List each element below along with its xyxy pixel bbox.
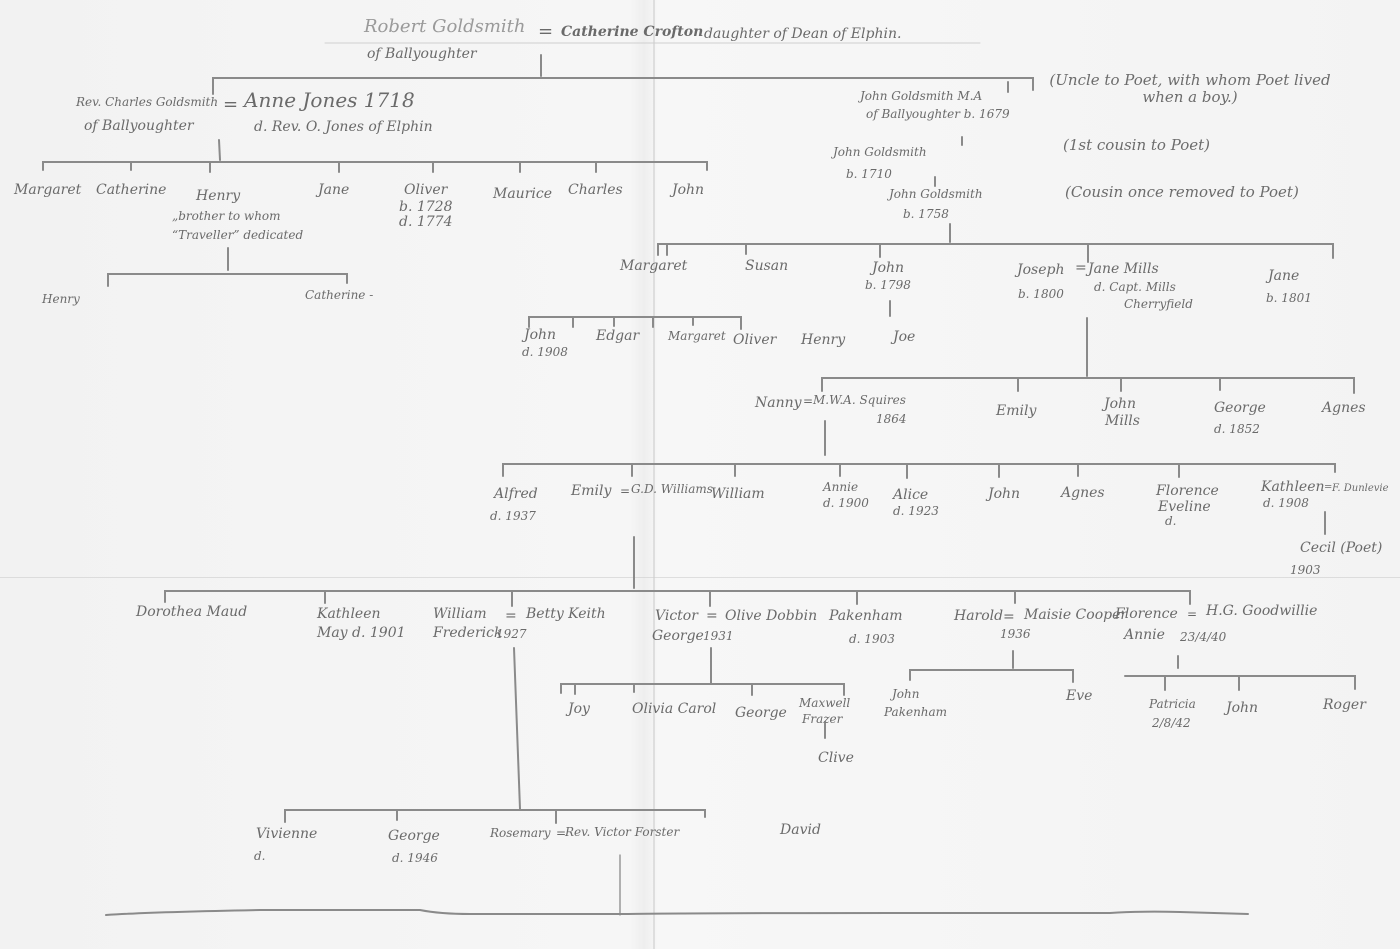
person-william-frederick: William <box>433 606 487 622</box>
person-dates: d. 1937 <box>490 510 536 524</box>
person-clive: Clive <box>818 750 854 766</box>
person-note: d. Rev. O. Jones of Elphin <box>254 119 433 135</box>
person-david: David <box>780 822 821 838</box>
person-dates: d. 1852 <box>1214 423 1260 437</box>
person-maisie-cooper: Maisie Cooper <box>1024 607 1127 623</box>
marriage-sign: = <box>1187 608 1197 622</box>
marriage-sign: = <box>538 22 553 43</box>
person-florence-annie: Florence <box>1115 606 1178 622</box>
person-dates: b. 1728 <box>399 199 453 215</box>
person-catherine: Catherine - <box>305 289 373 303</box>
person-catherine-crofton: Catherine Crofton <box>561 24 703 40</box>
person-john: John <box>872 260 904 276</box>
person-rev-victor-forster: Rev. Victor Forster <box>565 826 679 840</box>
person-note: Annie <box>1124 627 1165 643</box>
person-harold: Harold <box>954 608 1003 624</box>
person-edgar: Edgar <box>596 328 639 344</box>
person-susan: Susan <box>745 258 788 274</box>
person-nanny: Nanny <box>755 395 802 411</box>
person-maurice: Maurice <box>493 186 552 202</box>
person-dates: d. 1774 <box>399 214 453 230</box>
person-note: Pakenham <box>884 706 947 720</box>
person-note: George <box>652 628 704 644</box>
person-dates: 2/8/42 <box>1152 717 1191 731</box>
person-note: Frazer <box>802 713 842 727</box>
person-kathleen: Kathleen <box>317 606 381 622</box>
marriage-sign: = <box>1075 260 1087 276</box>
person-dates: b. 1800 <box>1018 288 1064 302</box>
person-dates: d. 1908 <box>1263 497 1309 511</box>
person-alice: Alice <box>893 487 928 503</box>
person-betty-keith: Betty Keith <box>526 606 606 622</box>
person-gd-williams: G.D. Williams <box>631 483 713 497</box>
person-john: John <box>1226 700 1258 716</box>
person-dates: d. 1903 <box>849 633 895 647</box>
person-jane-mills: Jane Mills <box>1088 261 1159 277</box>
person-emily: Emily <box>996 403 1036 419</box>
person-victor-george: Victor <box>655 608 698 624</box>
person-alfred: Alfred <box>494 486 538 502</box>
marriage-sign: = <box>620 485 630 499</box>
person-george: George <box>388 828 440 844</box>
marriage-sign: = <box>706 608 718 624</box>
person-eve: Eve <box>1066 688 1092 704</box>
person-mwa-squires: M.W.A. Squires <box>813 394 906 408</box>
marriage-sign: = <box>223 95 238 116</box>
person-jane: Jane <box>1268 268 1299 284</box>
person-dates: May d. 1901 <box>317 625 406 641</box>
person-henry: Henry <box>801 332 845 348</box>
person-dates: 1864 <box>876 413 907 427</box>
person-florence-eveline: Florence <box>1156 483 1219 499</box>
person-dorothea-maud: Dorothea Maud <box>136 604 247 620</box>
person-anne-jones: Anne Jones 1718 <box>244 89 415 112</box>
person-annie: Annie <box>823 481 858 495</box>
person-kathleen: Kathleen <box>1261 479 1325 495</box>
person-john-mills: John <box>1104 396 1136 412</box>
person-dates: 1903 <box>1290 564 1321 578</box>
person-george: George <box>1214 400 1266 416</box>
annotation-uncle-to-poet: (Uncle to Poet, with whom Poet lived whe… <box>1040 72 1340 107</box>
person-john-goldsmith-ma: John Goldsmith M.A <box>860 90 982 104</box>
person-note: Frederick <box>433 625 502 641</box>
person-dates: 1927 <box>496 628 527 642</box>
annotation-first-cousin: (1st cousin to Poet) <box>1063 137 1210 154</box>
person-place: of Ballyoughter <box>367 46 477 62</box>
person-dates: d. 1923 <box>893 505 939 519</box>
person-dates: d. <box>1165 515 1177 529</box>
person-joe: Joe <box>893 329 915 345</box>
person-henry: Henry <box>42 293 80 307</box>
person-agnes: Agnes <box>1322 400 1366 416</box>
person-hg-goodwillie: H.G. Goodwillie <box>1206 603 1317 619</box>
person-f-dunlevie: F. Dunlevie <box>1332 483 1389 495</box>
marriage-sign: = <box>803 395 813 409</box>
person-john: John <box>672 182 704 198</box>
person-note: daughter of Dean of Elphin. <box>704 26 901 42</box>
person-margaret: Margaret <box>14 182 81 198</box>
person-robert-goldsmith: Robert Goldsmith <box>364 17 526 38</box>
person-dates: d. 1900 <box>823 497 869 511</box>
person-catherine: Catherine <box>96 182 166 198</box>
person-patricia: Patricia <box>1149 698 1196 712</box>
marriage-sign: = <box>505 608 517 624</box>
person-olive-dobbin: Olive Dobbin <box>725 608 817 624</box>
person-dates: 1936 <box>1000 628 1031 642</box>
person-john: John <box>524 327 556 343</box>
person-note: Cherryfield <box>1124 298 1193 312</box>
annotation-cousin-once-removed: (Cousin once removed to Poet) <box>1065 184 1299 201</box>
person-john-goldsmith-1710: John Goldsmith <box>833 146 927 160</box>
person-rosemary: Rosemary <box>490 827 551 841</box>
person-emily: Emily <box>571 483 611 499</box>
person-joy: Joy <box>568 701 590 717</box>
person-vivienne: Vivienne <box>256 826 317 842</box>
person-william: William <box>711 486 765 502</box>
person-note: Eveline <box>1158 499 1211 515</box>
person-rev-charles-goldsmith: Rev. Charles Goldsmith <box>76 96 218 110</box>
person-dates: b. 1710 <box>846 168 892 182</box>
person-cecil-poet: Cecil (Poet) <box>1300 540 1382 556</box>
person-place: of Ballyoughter b. 1679 <box>866 108 1010 122</box>
person-place: of Ballyoughter <box>84 118 194 134</box>
person-agnes: Agnes <box>1061 485 1105 501</box>
person-note: „brother to whom <box>172 210 281 224</box>
person-note: “Traveller” dedicated <box>172 229 303 243</box>
person-dates: d. <box>254 850 266 864</box>
person-george: George <box>735 705 787 721</box>
person-note: d. Capt. Mills <box>1094 281 1176 295</box>
person-margaret: Margaret <box>668 330 726 344</box>
person-john-pakenham: John <box>892 688 920 702</box>
person-pakenham: Pakenham <box>829 608 903 624</box>
person-jane: Jane <box>318 182 349 198</box>
person-dates: b. 1801 <box>1266 292 1312 306</box>
person-margaret: Margaret <box>620 258 687 274</box>
person-dates: d. 1946 <box>392 852 438 866</box>
person-dates: 1931 <box>703 630 734 644</box>
person-joseph: Joseph <box>1017 262 1065 278</box>
person-henry: Henry <box>196 188 240 204</box>
person-dates: d. 1908 <box>522 346 568 360</box>
person-charles: Charles <box>568 182 623 198</box>
marriage-sign: = <box>1003 609 1015 625</box>
person-dates: b. 1758 <box>903 208 949 222</box>
person-oliver: Oliver <box>733 332 776 348</box>
person-olivia-carol: Olivia Carol <box>632 701 716 717</box>
person-john-goldsmith-1758: John Goldsmith <box>889 188 983 202</box>
person-john: John <box>988 486 1020 502</box>
person-note: Mills <box>1105 413 1140 429</box>
person-roger: Roger <box>1323 697 1366 713</box>
person-dates: 23/4/40 <box>1180 631 1226 645</box>
person-oliver-poet: Oliver <box>404 182 447 198</box>
person-dates: b. 1798 <box>865 279 911 293</box>
person-maxwell-frazer: Maxwell <box>799 697 850 711</box>
